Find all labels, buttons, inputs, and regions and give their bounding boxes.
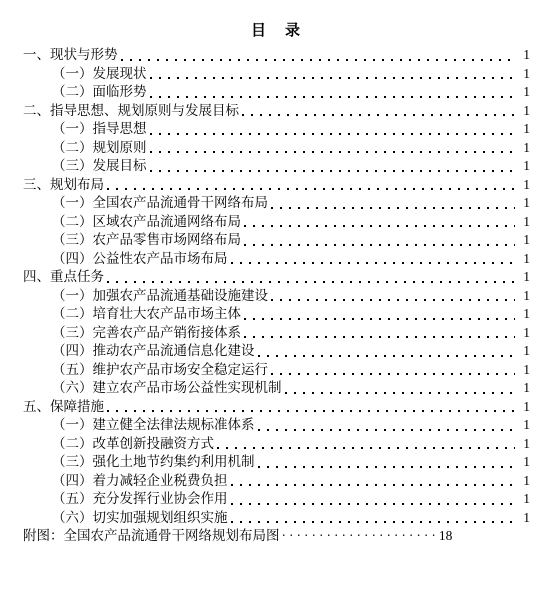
toc-attachment-row[interactable]: 附图：全国农产品流通骨干网络规划布局图 ····················…	[23, 527, 530, 546]
toc-entry-page: 1	[521, 176, 530, 195]
toc-entry-page: 1	[521, 139, 530, 158]
dot-leader	[244, 213, 515, 232]
toc-entry-page: 1	[521, 490, 530, 509]
toc-attachment-page: 18	[439, 527, 453, 546]
dot-leader: ·····················	[282, 527, 439, 546]
dot-leader	[271, 287, 515, 306]
toc-entry-page: 1	[521, 472, 530, 491]
toc-entry-label: （三）农产品零售市场网络布局	[52, 231, 241, 250]
toc-entry-label: （一）指导思想	[52, 120, 147, 139]
toc-list: 一、现状与形势 1 （一）发展现状 1 （二）面临形势 1 二、指导思想、规划原…	[23, 46, 530, 527]
toc-entry-page: 1	[521, 305, 530, 324]
toc-entry-page: 1	[521, 268, 530, 287]
toc-entry[interactable]: （四）推动农产品流通信息化建设 1	[23, 342, 530, 361]
toc-entry-label: （四）公益性农产品市场布局	[52, 250, 228, 269]
toc-entry[interactable]: （二）面临形势 1	[23, 83, 530, 102]
toc-entry-label: （五）充分发挥行业协会作用	[52, 490, 228, 509]
toc-entry-label: （二）改革创新投融资方式	[52, 435, 214, 454]
toc-entry[interactable]: 一、现状与形势 1	[23, 46, 530, 65]
toc-entry-label: （一）加强农产品流通基础设施建设	[52, 287, 268, 306]
dot-leader	[121, 46, 516, 65]
toc-entry[interactable]: 四、重点任务 1	[23, 268, 530, 287]
dot-leader	[258, 342, 516, 361]
dot-leader	[244, 305, 515, 324]
dot-leader	[271, 361, 515, 380]
dot-leader	[231, 490, 516, 509]
toc-entry-label: （一）全国农产品流通骨干网络布局	[52, 194, 268, 213]
toc-entry[interactable]: （三）农产品零售市场网络布局 1	[23, 231, 530, 250]
toc-entry-page: 1	[521, 509, 530, 528]
toc-entry-page: 1	[521, 342, 530, 361]
dot-leader	[150, 120, 516, 139]
toc-entry[interactable]: （一）指导思想 1	[23, 120, 530, 139]
toc-entry-label: （一）建立健全法律法规标准体系	[52, 416, 255, 435]
toc-entry[interactable]: （三）强化土地节约集约利用机制 1	[23, 453, 530, 472]
toc-entry[interactable]: （六）建立农产品市场公益性实现机制 1	[23, 379, 530, 398]
toc-entry[interactable]: （一）全国农产品流通骨干网络布局 1	[23, 194, 530, 213]
toc-entry-page: 1	[521, 102, 530, 121]
toc-entry[interactable]: （二）改革创新投融资方式 1	[23, 435, 530, 454]
toc-entry[interactable]: （六）切实加强规划组织实施 1	[23, 509, 530, 528]
dot-leader	[242, 102, 515, 121]
toc-entry-label: （六）切实加强规划组织实施	[52, 509, 228, 528]
toc-entry[interactable]: （一）建立健全法律法规标准体系 1	[23, 416, 530, 435]
toc-entry[interactable]: （二）规划原则 1	[23, 139, 530, 158]
dot-leader	[258, 416, 516, 435]
dot-leader	[150, 139, 516, 158]
toc-entry-label: （二）规划原则	[52, 139, 147, 158]
toc-entry-page: 1	[521, 46, 530, 65]
toc-entry-page: 1	[521, 65, 530, 84]
dot-leader	[231, 472, 516, 491]
toc-title: 目 录	[23, 22, 530, 40]
toc-entry-page: 1	[521, 120, 530, 139]
toc-entry-page: 1	[521, 453, 530, 472]
toc-entry-label: （六）建立农产品市场公益性实现机制	[52, 379, 282, 398]
toc-entry-label: （三）强化土地节约集约利用机制	[52, 453, 255, 472]
toc-entry-label: （四）着力减轻企业税费负担	[52, 472, 228, 491]
toc-entry-page: 1	[521, 416, 530, 435]
dot-leader	[150, 65, 516, 84]
document-page: 目 录 一、现状与形势 1 （一）发展现状 1 （二）面临形势 1 二、指导思想…	[0, 0, 550, 598]
toc-entry[interactable]: （三）发展目标 1	[23, 157, 530, 176]
dot-leader	[107, 398, 515, 417]
toc-entry[interactable]: （一）加强农产品流通基础设施建设 1	[23, 287, 530, 306]
dot-leader	[107, 268, 515, 287]
dot-leader	[107, 176, 515, 195]
toc-entry-label: （五）维护农产品市场安全稳定运行	[52, 361, 268, 380]
dot-leader	[150, 157, 516, 176]
toc-entry-label: （四）推动农产品流通信息化建设	[52, 342, 255, 361]
toc-entry[interactable]: （三）完善农产品产销衔接体系 1	[23, 324, 530, 343]
dot-leader	[150, 83, 516, 102]
toc-entry-label: （一）发展现状	[52, 65, 147, 84]
dot-leader	[231, 509, 516, 528]
dot-leader	[285, 379, 516, 398]
toc-entry[interactable]: 五、保障措施 1	[23, 398, 530, 417]
dot-leader	[231, 250, 516, 269]
toc-entry-label: （三）发展目标	[52, 157, 147, 176]
toc-entry-page: 1	[521, 435, 530, 454]
dot-leader	[258, 453, 516, 472]
toc-entry[interactable]: （二）培育壮大农产品市场主体 1	[23, 305, 530, 324]
toc-entry-label: （三）完善农产品产销衔接体系	[52, 324, 241, 343]
dot-leader	[217, 435, 515, 454]
toc-entry[interactable]: （四）公益性农产品市场布局 1	[23, 250, 530, 269]
toc-entry[interactable]: （五）充分发挥行业协会作用 1	[23, 490, 530, 509]
dot-leader	[244, 231, 515, 250]
toc-entry-page: 1	[521, 194, 530, 213]
dot-leader	[271, 194, 515, 213]
toc-entry[interactable]: 三、规划布局 1	[23, 176, 530, 195]
toc-entry-label: 五、保障措施	[23, 398, 104, 417]
toc-entry-label: 二、指导思想、规划原则与发展目标	[23, 102, 239, 121]
toc-attachment-label: 附图：全国农产品流通骨干网络规划布局图	[23, 527, 280, 546]
toc-entry-label: （二）培育壮大农产品市场主体	[52, 305, 241, 324]
toc-entry[interactable]: （一）发展现状 1	[23, 65, 530, 84]
toc-entry-page: 1	[521, 231, 530, 250]
toc-entry-page: 1	[521, 287, 530, 306]
toc-entry-page: 1	[521, 379, 530, 398]
toc-entry-label: （二）面临形势	[52, 83, 147, 102]
toc-entry-page: 1	[521, 213, 530, 232]
toc-entry[interactable]: （四）着力减轻企业税费负担 1	[23, 472, 530, 491]
toc-entry-page: 1	[521, 157, 530, 176]
toc-entry-label: （二）区域农产品流通网络布局	[52, 213, 241, 232]
toc-entry[interactable]: （二）区域农产品流通网络布局 1	[23, 213, 530, 232]
toc-entry-page: 1	[521, 361, 530, 380]
toc-entry-page: 1	[521, 324, 530, 343]
toc-entry-page: 1	[521, 83, 530, 102]
dot-leader	[244, 324, 515, 343]
toc-entry-page: 1	[521, 398, 530, 417]
toc-entry[interactable]: （五）维护农产品市场安全稳定运行 1	[23, 361, 530, 380]
toc-entry-page: 1	[521, 250, 530, 269]
toc-entry-label: 一、现状与形势	[23, 46, 118, 65]
toc-entry[interactable]: 二、指导思想、规划原则与发展目标 1	[23, 102, 530, 121]
toc-entry-label: 三、规划布局	[23, 176, 104, 195]
toc-entry-label: 四、重点任务	[23, 268, 104, 287]
